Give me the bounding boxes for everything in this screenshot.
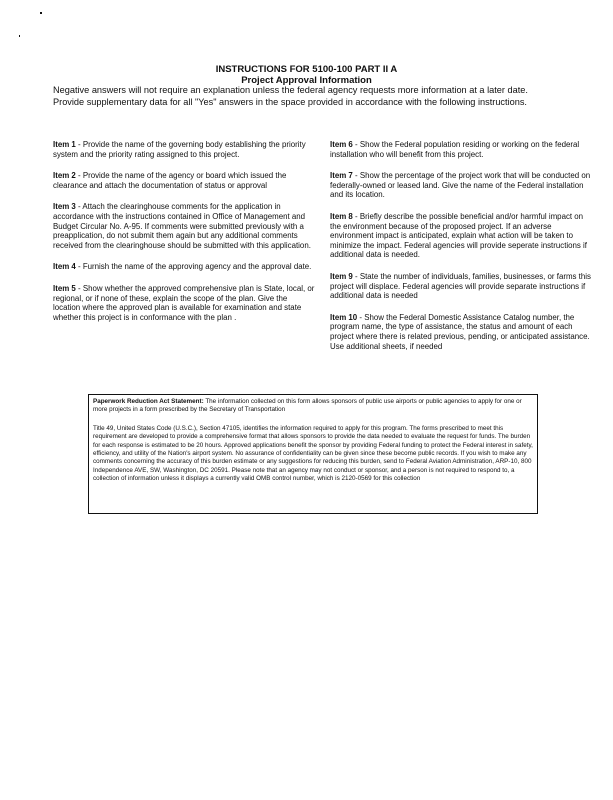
scan-speck [19,35,20,37]
instructions-left-column: Item 1 - Provide the name of the governi… [53,140,315,334]
instruction-item-8: Item 8 - Briefly describe the possible b… [330,212,595,260]
instruction-item-7: Item 7 - Show the percentage of the proj… [330,171,595,200]
instruction-item-1: Item 1 - Provide the name of the governi… [53,140,315,159]
item-label: Item 2 [53,171,76,180]
item-label: Item 5 [53,284,76,293]
intro-line: Negative answers will not require an exp… [53,84,573,96]
document-title: INSTRUCTIONS FOR 5100-100 PART II A [0,64,613,75]
intro-paragraph: Negative answers will not require an exp… [53,84,573,108]
item-text: - Attach the clearinghouse comments for … [53,202,311,249]
item-text: - Briefly describe the possible benefici… [330,212,587,259]
item-text: - Show the Federal population residing o… [330,140,579,159]
instruction-item-3: Item 3 - Attach the clearinghouse commen… [53,202,315,250]
item-label: Item 4 [53,262,76,271]
paperwork-statement: Paperwork Reduction Act Statement: The i… [93,398,533,415]
instruction-item-5: Item 5 - Show whether the approved compr… [53,284,315,322]
item-label: Item 9 [330,272,353,281]
item-text: - Show whether the approved comprehensiv… [53,284,314,322]
instructions-right-column: Item 6 - Show the Federal population res… [330,140,595,363]
instruction-item-10: Item 10 - Show the Federal Domestic Assi… [330,313,595,351]
paperwork-body: Title 49, United States Code (U.S.C.), S… [93,425,533,484]
instruction-item-9: Item 9 - State the number of individuals… [330,272,595,301]
item-text: - Provide the name of the governing body… [53,140,306,159]
item-label: Item 6 [330,140,353,149]
item-text: - State the number of individuals, famil… [330,272,591,300]
item-text: - Show the percentage of the project wor… [330,171,590,199]
item-label: Item 1 [53,140,76,149]
item-label: Item 3 [53,202,76,211]
item-text: - Furnish the name of the approving agen… [76,262,312,271]
intro-line: Provide supplementary data for all "Yes"… [53,96,573,108]
item-text: - Show the Federal Domestic Assistance C… [330,313,590,351]
item-label: Item 8 [330,212,353,221]
instruction-item-4: Item 4 - Furnish the name of the approvi… [53,262,315,272]
item-label: Item 7 [330,171,353,180]
paperwork-reduction-box: Paperwork Reduction Act Statement: The i… [88,394,538,514]
item-text: - Provide the name of the agency or boar… [53,171,286,190]
instruction-item-2: Item 2 - Provide the name of the agency … [53,171,315,190]
instruction-item-6: Item 6 - Show the Federal population res… [330,140,595,159]
item-label: Item 10 [330,313,357,322]
paperwork-label: Paperwork Reduction Act Statement: [93,398,204,405]
scan-speck [40,12,42,14]
document-header: INSTRUCTIONS FOR 5100-100 PART II A Proj… [0,64,613,86]
